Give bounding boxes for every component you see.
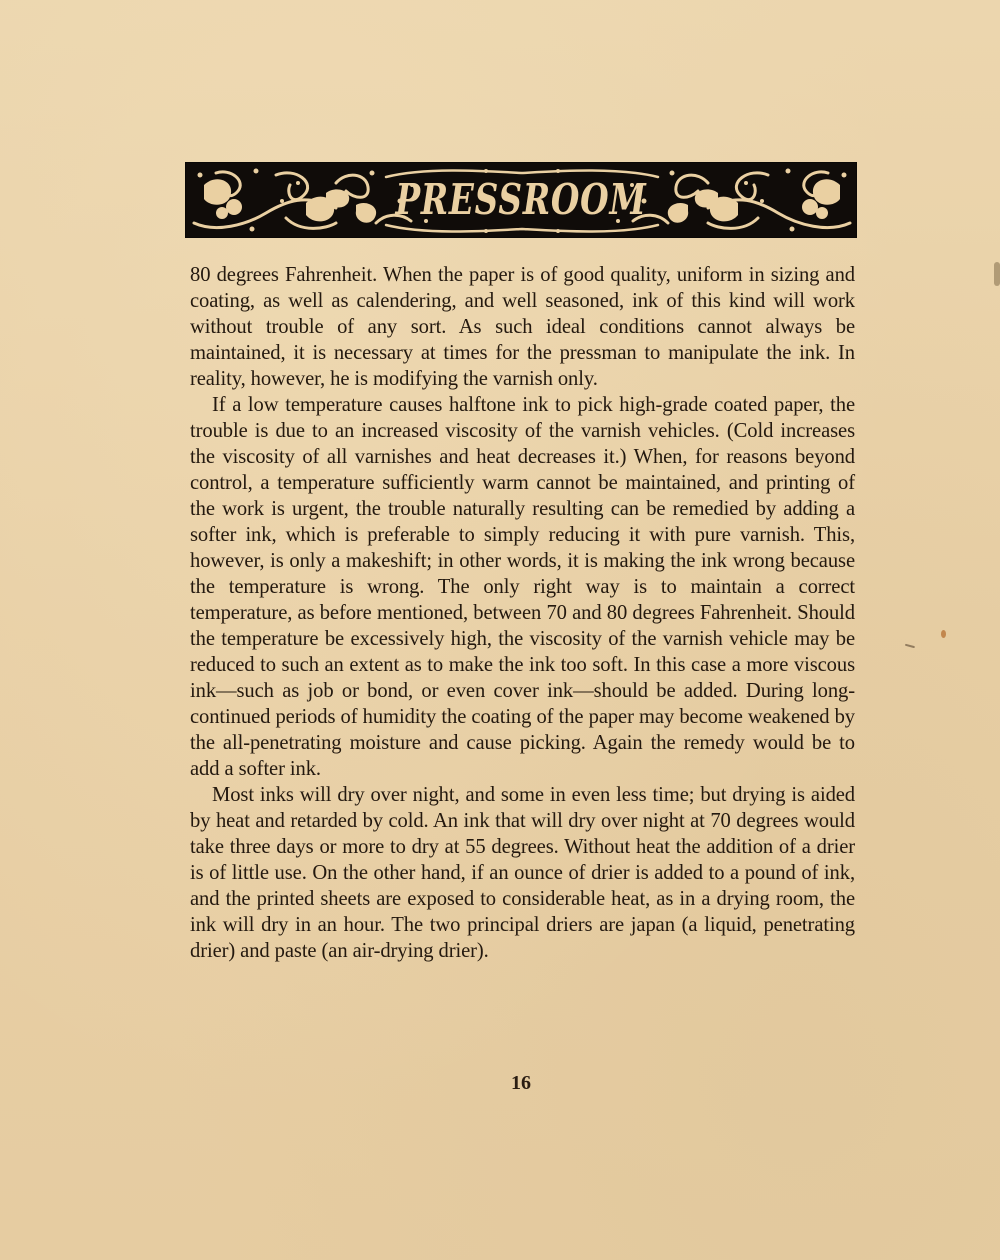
body-text: 80 degrees Fahrenheit. When the paper is… [190, 262, 855, 964]
paper-mark [905, 644, 915, 648]
section-title: PRESSROOM [260, 175, 783, 225]
pressroom-banner: PRESSROOM [185, 162, 857, 238]
paper-edge-mark [994, 262, 1000, 286]
paragraph-3: Most inks will dry over night, and some … [190, 782, 855, 964]
paper-stain [941, 630, 946, 638]
paragraph-1: 80 degrees Fahrenheit. When the paper is… [190, 262, 855, 392]
book-page: PRESSROOM 80 degrees Fahrenheit. When th… [0, 0, 1000, 1260]
page-number: 16 [0, 1072, 1000, 1095]
paragraph-2: If a low temperature causes halftone ink… [190, 392, 855, 782]
